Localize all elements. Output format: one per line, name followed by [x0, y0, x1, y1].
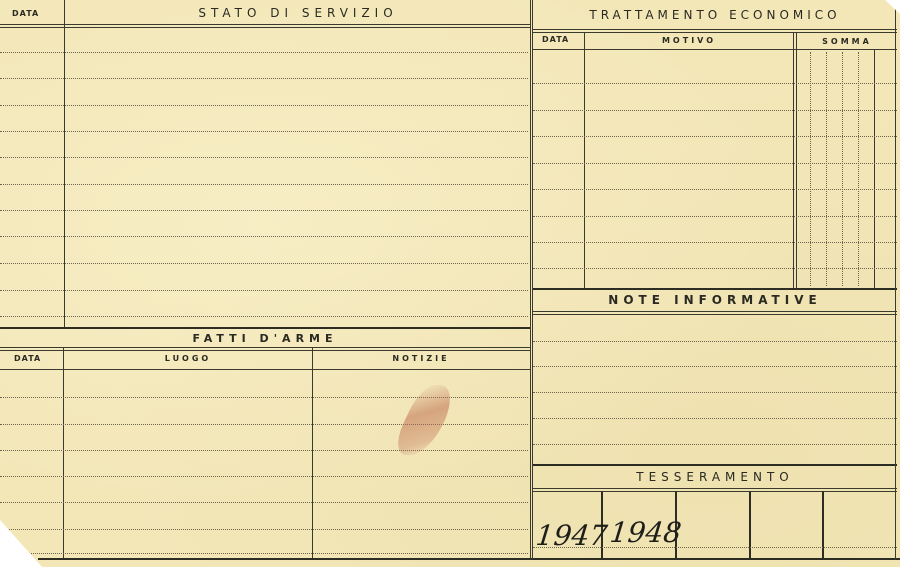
fatti-data-divider — [63, 348, 64, 558]
service-record-card: DATA STATO DI SERVIZIO FATTI D'ARME DATA… — [0, 0, 900, 567]
trattamento-somma-header: SOMMA — [797, 37, 897, 46]
trattamento-data-divider — [584, 32, 585, 288]
somma-cents-divider — [874, 50, 875, 288]
stato-data-column-divider — [64, 0, 65, 327]
right-border — [895, 0, 896, 560]
trattamento-economico-title: TRATTAMENTO ECONOMICO — [533, 8, 897, 22]
trattamento-motivo-header: MOTIVO — [584, 36, 794, 45]
tesseramento-year-2: 1948 — [608, 516, 683, 549]
card-bottom-rule — [38, 558, 900, 560]
center-divider — [530, 0, 531, 560]
fatti-arme-header-rule — [0, 347, 530, 351]
trattamento-header-rule — [533, 29, 897, 33]
note-informative-header-rule — [533, 311, 897, 315]
stato-header-rule — [0, 24, 530, 28]
fatti-arme-top-rule — [0, 327, 530, 329]
note-informative-title: NOTE INFORMATIVE — [533, 293, 897, 307]
tesseramento-year-3 — [678, 492, 748, 556]
fatti-luogo-header: LUOGO — [64, 354, 312, 363]
fatti-arme-title: FATTI D'ARME — [0, 332, 530, 345]
fatti-data-header: DATA — [14, 354, 41, 363]
trattamento-columns-rule — [533, 49, 897, 50]
fatti-luogo-divider — [312, 348, 313, 558]
trattamento-data-header: DATA — [542, 35, 569, 44]
tesseramento-year-1: 1947 — [534, 519, 609, 552]
stato-data-header: DATA — [12, 9, 39, 18]
tesseramento-title: TESSERAMENTO — [533, 470, 897, 484]
trattamento-motivo-divider-inner — [796, 32, 797, 288]
stato-servizio-title: STATO DI SERVIZIO — [66, 6, 530, 20]
note-informative-top-rule — [533, 288, 897, 290]
fatti-notizie-header: NOTIZIE — [312, 354, 530, 363]
fatti-columns-rule — [0, 369, 530, 370]
stain-mark — [389, 385, 462, 455]
tesseramento-top-rule — [533, 464, 897, 466]
tesseramento-year-5 — [825, 492, 895, 556]
trattamento-motivo-divider — [793, 32, 794, 288]
tesseramento-year-4 — [752, 492, 822, 556]
